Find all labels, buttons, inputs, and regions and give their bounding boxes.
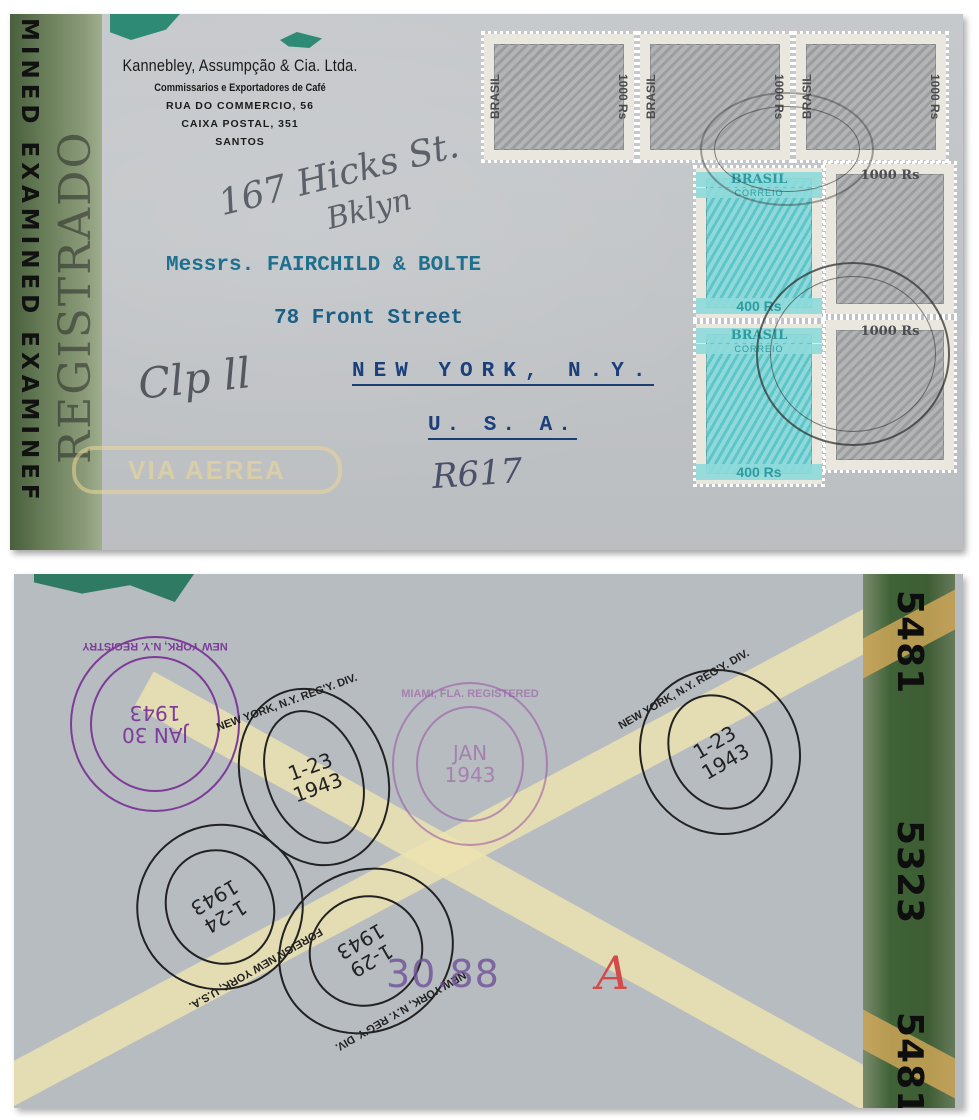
company-name: Kannebley, Assumpção & Cia. Ltda. [87, 56, 393, 76]
torn-edge [280, 32, 322, 48]
postmark-miami: MIAMI, FLA. REGISTERED JAN 1943 [392, 682, 548, 846]
addressee-street: 78 Front Street [274, 307, 463, 330]
torn-edge [110, 14, 180, 40]
addressee-name: Messrs. FAIRCHILD & BOLTE [166, 254, 481, 277]
cancellation-postmark [700, 92, 874, 206]
censor-number: 5323 [889, 820, 930, 924]
letterhead: Kannebley, Assumpção & Cia. Ltda. Commis… [60, 56, 420, 148]
red-crayon-marking: A [596, 946, 629, 1000]
addressee-city: NEW YORK, N.Y. [352, 360, 654, 386]
censor-tape: 5481 5323 5481 [863, 574, 955, 1108]
addressee-country: U. S. A. [428, 414, 577, 440]
company-po-box: CAIXA POSTAL, 351 [60, 118, 420, 130]
registry-number-marking: 30.88 [386, 952, 500, 996]
handwritten-signature: Clp ll [136, 348, 253, 409]
cover-front: MINED EXAMINED EXAMINEF REGISTRADO Kanne… [10, 14, 963, 550]
company-subtitle: Commissarios e Exportadores de Café [87, 82, 393, 94]
cancellation-postmark [756, 262, 950, 446]
censor-number: 5481 [889, 1012, 930, 1108]
airmail-label: VIA AEREA [72, 446, 342, 494]
postage-stamp: BRASIL 1000 Rs [484, 34, 634, 160]
postmark-ny-registry: NEW YORK, N.Y. REGISTRY JAN 30 1943 [70, 636, 240, 812]
cover-back: NEW YORK, N.Y. REGISTRY JAN 30 1943 NEW … [14, 574, 963, 1108]
company-street: RUA DO COMMERCIO, 56 [60, 100, 420, 112]
torn-flap [34, 574, 194, 602]
censor-number: 5481 [889, 590, 930, 694]
handwritten-registration-number: R617 [431, 451, 524, 497]
censor-tape-text: MINED EXAMINED EXAMINEF [14, 18, 42, 546]
